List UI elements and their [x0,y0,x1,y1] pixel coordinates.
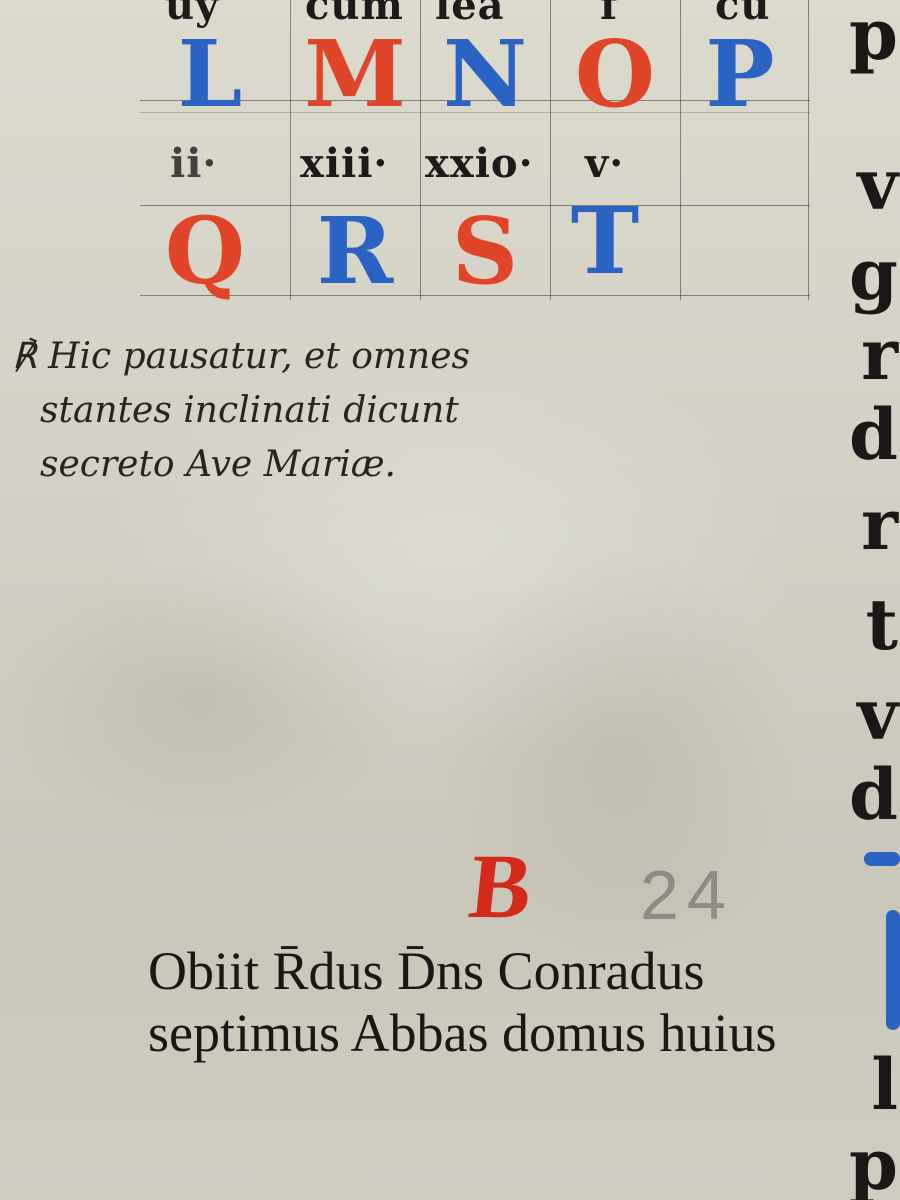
blue-flourish [864,852,900,866]
red-initial-b: B [465,840,536,932]
numeral-text: v· [585,140,624,187]
capital-letter-o: O [550,28,680,120]
fragment-letter: g [849,240,898,310]
blue-initial-fragment [886,910,900,1030]
fragment-letter: l [871,1050,898,1120]
fragment-letter: d [849,400,898,470]
fragment-letter: v [857,150,898,220]
capital-letter-m: M [290,28,420,120]
rubric-line: stantes inclinati dicunt [12,384,772,438]
fragment-letter: v [857,680,898,750]
fragment-letter: r [861,490,898,560]
obituary-line: septimus Abbas domus huius [148,1002,868,1064]
capital-letter-n: N [420,28,550,120]
rubric-line: secreto Ave Mariæ. [12,438,772,492]
capital-letter-s: S [420,205,550,297]
fragment-letter: p [849,0,898,70]
rubric-line: ℟ Hic pausatur, et omnes [12,330,772,384]
capital-letter-p: P [675,28,805,120]
grid-rule [808,0,809,300]
capital-letter-l: L [145,28,275,120]
obituary-entry: Obiit R̄dus D̄ns Conradus septimus Abbas… [148,940,868,1064]
capital-letter-t: T [540,195,670,287]
rubric-instruction: ℟ Hic pausatur, et omnes stantes inclina… [12,330,772,492]
capital-letter-q: Q [140,205,270,297]
letter-grid: uy cum lea f cu L M N O P ii· xiii· xxio… [140,0,810,300]
fragment-letter: p [849,1130,898,1200]
numeral-text: xxio· [425,140,534,187]
fragment-letter: d [849,760,898,830]
obituary-line: Obiit R̄dus D̄ns Conradus [148,940,868,1002]
fragment-letter: r [861,320,898,390]
fragment-letter: t [866,590,898,660]
right-column-fragments: p v g r d r t v d l p [856,0,900,1200]
numeral-text: ii· [170,140,217,187]
capital-letter-r: R [290,205,420,297]
pencil-folio-number: 24 [640,860,734,930]
numeral-text: xiii· [300,140,388,187]
